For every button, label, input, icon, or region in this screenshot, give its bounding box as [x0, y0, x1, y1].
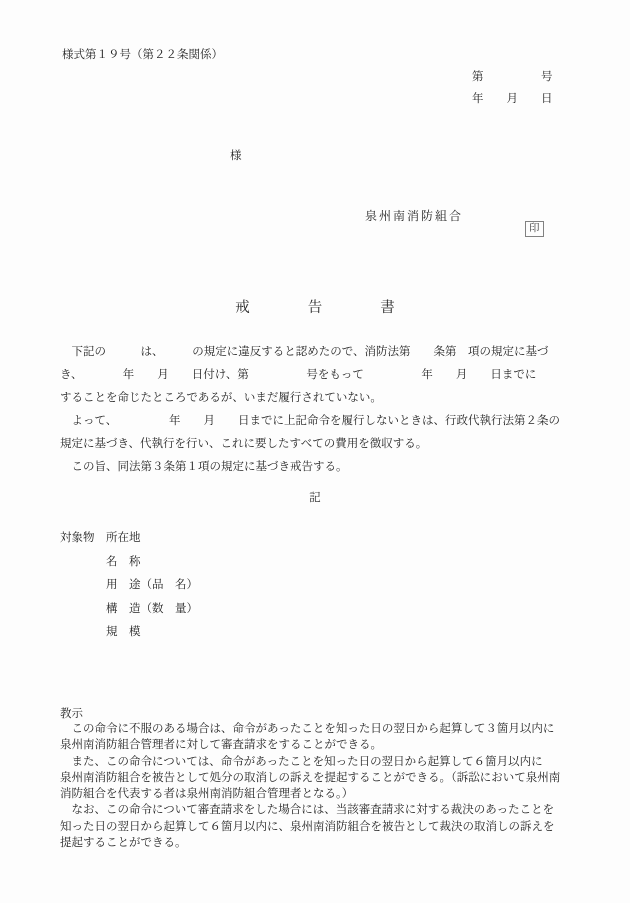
date-slot: 年 月 日 — [472, 90, 553, 106]
appeal-notice-heading: 教示 — [60, 705, 83, 721]
subject-property-list: 対象物 所在地 名 称 用 途（品 名） 構 造（数 量） 規 模 — [60, 527, 198, 645]
record-marker: 記 — [0, 489, 630, 505]
seal-placeholder: 印 — [525, 221, 544, 237]
form-number: 様式第１９号（第２２条関係） — [62, 46, 223, 62]
document-number-slot: 第 号 — [472, 68, 553, 84]
document-title: 戒 告 書 — [0, 296, 630, 317]
warning-letter-document: 様式第１９号（第２２条関係） 第 号 年 月 日 様 泉州南消防組合 印 戒 告… — [0, 0, 630, 903]
addressee-honorific: 様 — [230, 147, 242, 163]
appeal-notice-paragraphs: この命令に不服のある場合は、命令があったことを知った日の翌日から起算して３箇月以… — [60, 721, 580, 851]
body-paragraphs: 下記の は、 の規定に違反すると認めたので、消防法第 条第 項の規定に基づ き、… — [60, 341, 580, 479]
issuer-name: 泉州南消防組合 — [365, 207, 463, 224]
